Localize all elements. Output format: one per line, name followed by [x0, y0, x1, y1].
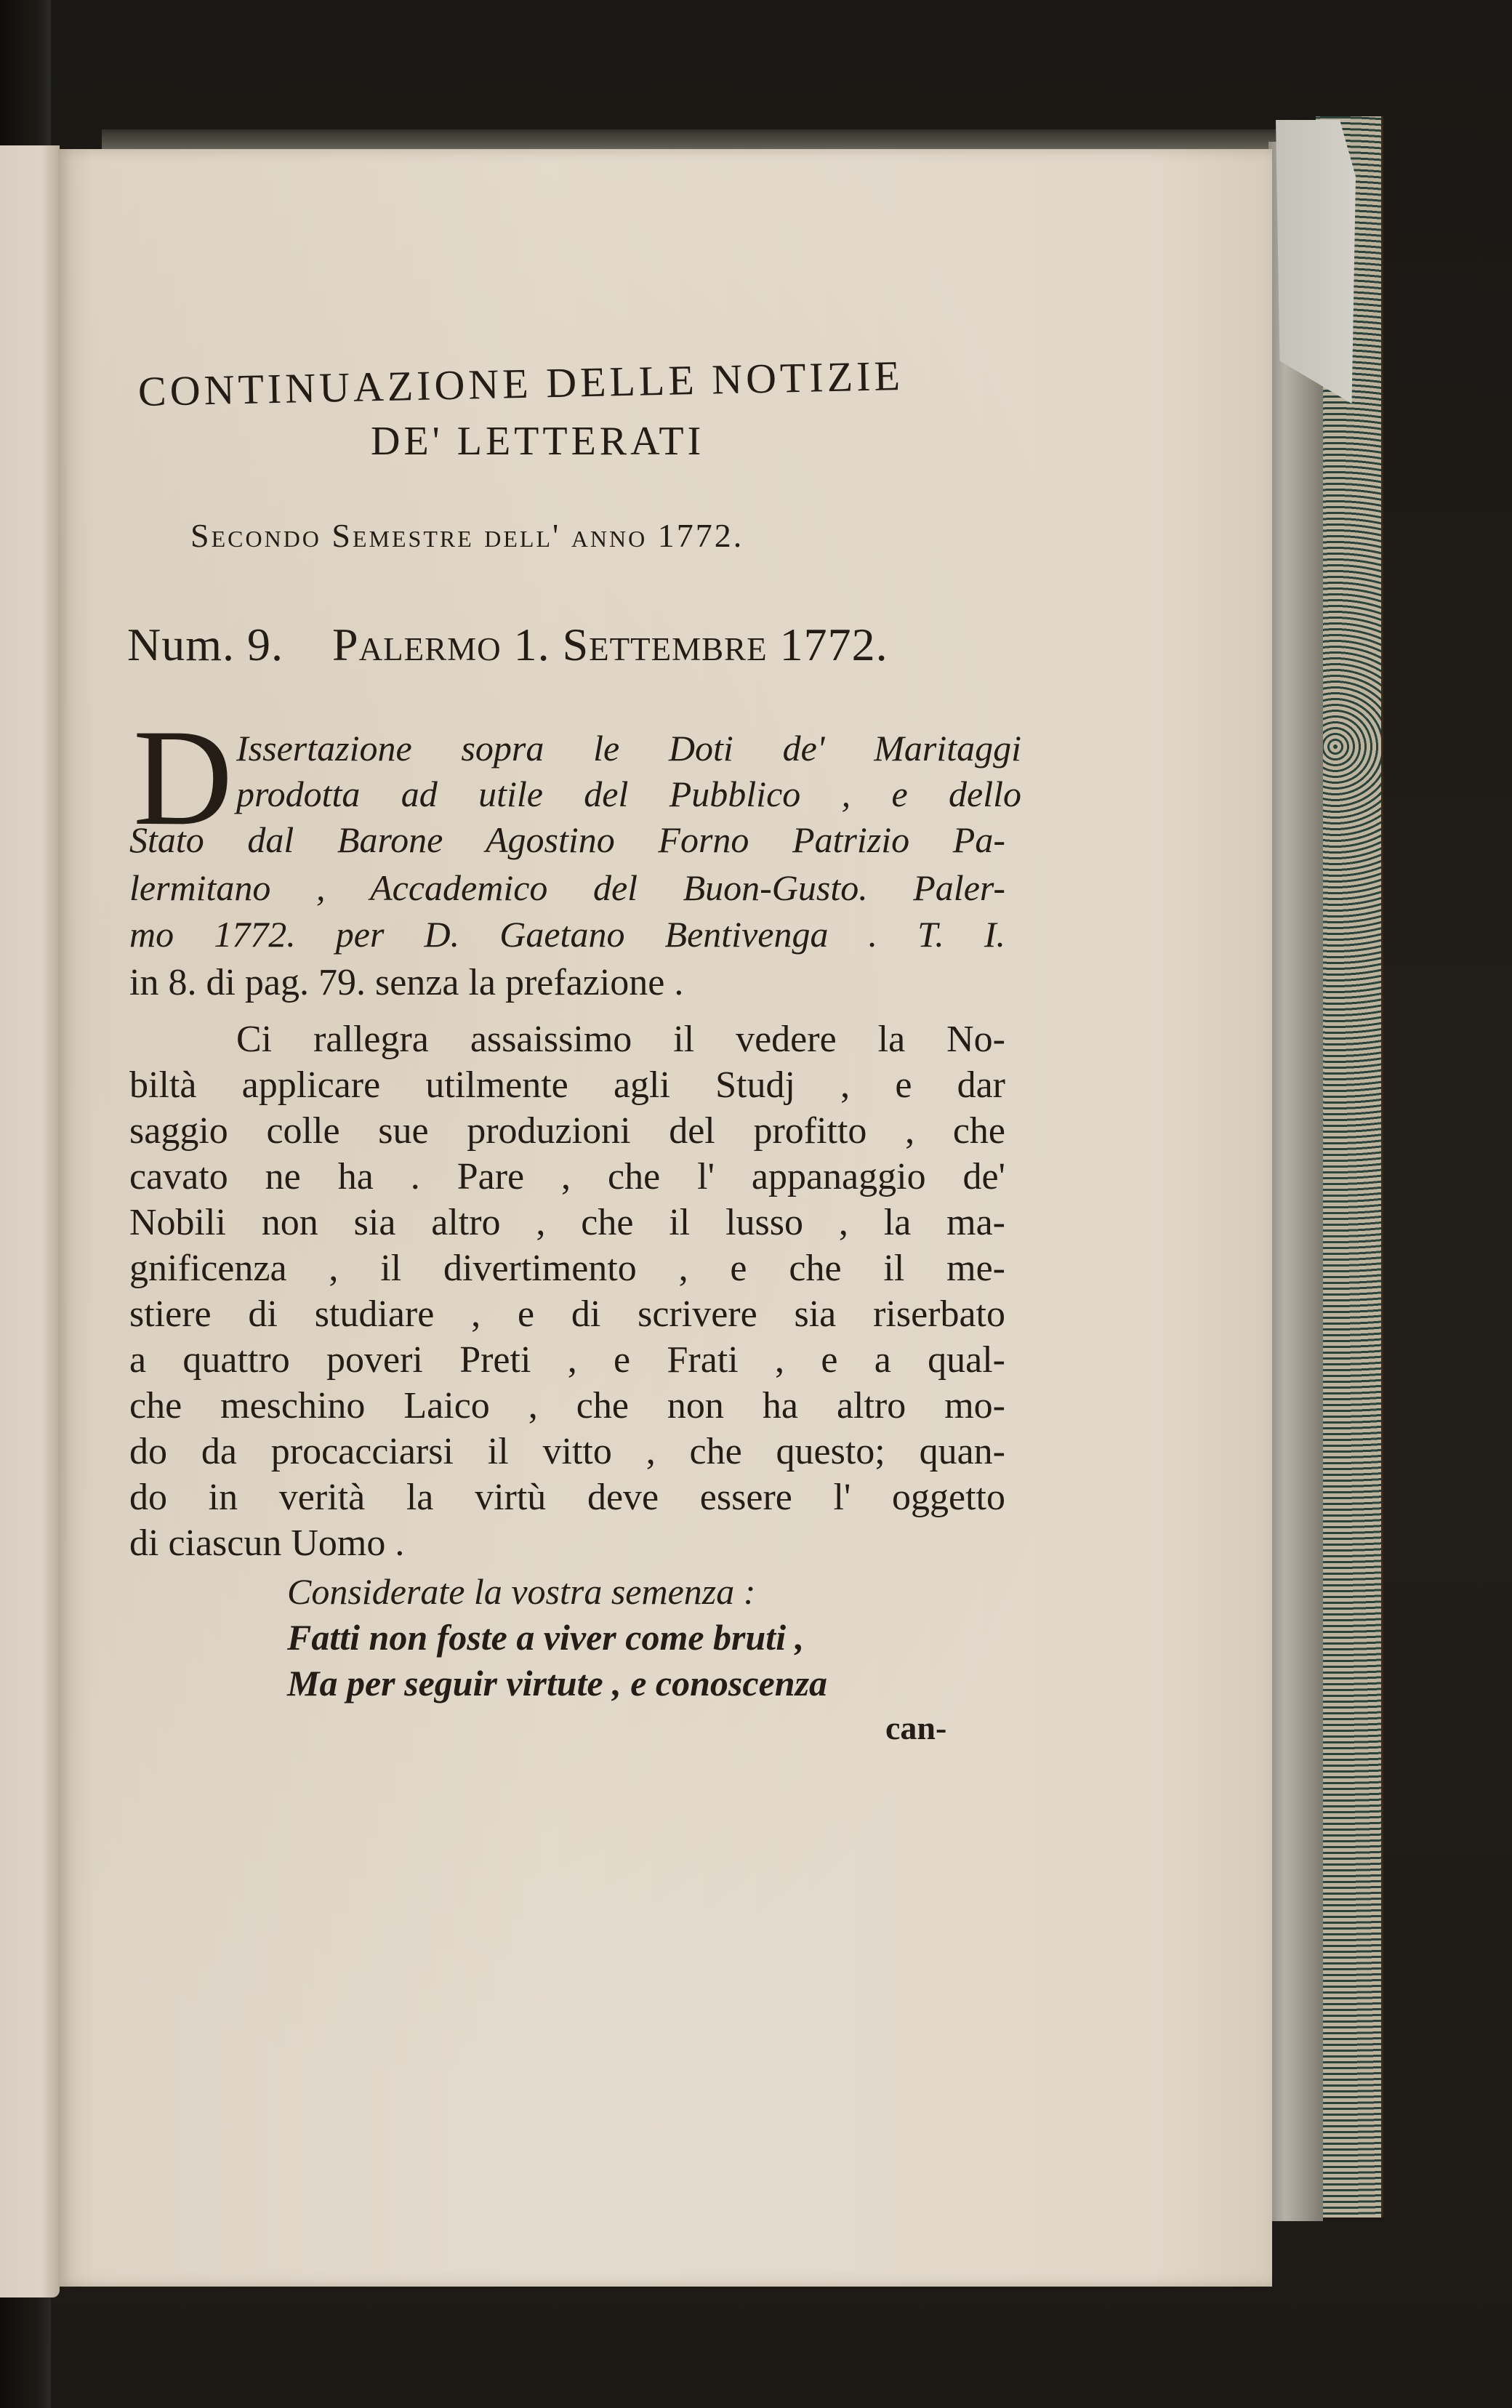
page-stack-side	[1268, 142, 1323, 2221]
body-line: do da procacciarsi il vitto , che questo…	[129, 1430, 1005, 1473]
flyleaf	[1276, 120, 1356, 404]
body-line: a quattro poveri Preti , e Frati , e a q…	[129, 1339, 1005, 1381]
verse-line: Ma per seguir virtute , e conoscenza	[287, 1662, 827, 1704]
journal-title-line2: DE' LETTERATI	[371, 418, 704, 465]
body-line: di ciascun Uomo .	[129, 1522, 404, 1565]
citation-line: mo 1772. per D. Gaetano Bentivenga . T. …	[129, 913, 1005, 955]
body-line: saggio colle sue produzioni del profitto…	[129, 1109, 1005, 1152]
body-line: stiere di studiare , e di scrivere sia r…	[129, 1293, 1005, 1336]
body-line: biltà applicare utilmente agli Studj , e…	[129, 1064, 1005, 1107]
citation-line: prodotta ad utile del Pubblico , e dello	[236, 773, 1021, 815]
citation-tail: in 8. di pag. 79. senza la prefazione .	[129, 961, 683, 1004]
issue-place-date: Palermo 1. Settembre 1772.	[332, 619, 888, 670]
issue-number: Num. 9.	[127, 619, 283, 670]
citation-line: lermitano , Accademico del Buon-Gusto. P…	[129, 867, 1005, 909]
body-line: do in verità la virtù deve essere l' ogg…	[129, 1476, 1005, 1519]
marbled-cover-edge	[1316, 116, 1383, 2218]
body-line: che meschino Laico , che non ha altro mo…	[129, 1384, 1005, 1427]
verse-line: Fatti non foste a viver come bruti ,	[287, 1616, 804, 1658]
left-page-edge	[0, 145, 60, 2297]
drop-cap: D	[133, 723, 233, 832]
catchword: can-	[885, 1709, 946, 1747]
body-line: cavato ne ha . Pare , che l' appanaggio …	[129, 1155, 1005, 1198]
semester-subtitle: Secondo Semestre dell' anno 1772.	[190, 516, 744, 555]
body-line: Ci rallegra assaissimo il vedere la No-	[236, 1018, 1005, 1061]
citation-line: Issertazione sopra le Doti de' Maritaggi	[236, 727, 1021, 769]
page-stack-top	[102, 129, 1279, 151]
body-line: gnificenza , il divertimento , e che il …	[129, 1247, 1005, 1290]
citation-line: Stato dal Barone Agostino Forno Patrizio…	[129, 819, 1005, 861]
body-line: Nobili non sia altro , che il lusso , la…	[129, 1201, 1005, 1244]
issue-heading: Num. 9. Palermo 1. Settembre 1772.	[127, 618, 888, 672]
verse-line: Considerate la vostra semenza :	[287, 1570, 755, 1613]
